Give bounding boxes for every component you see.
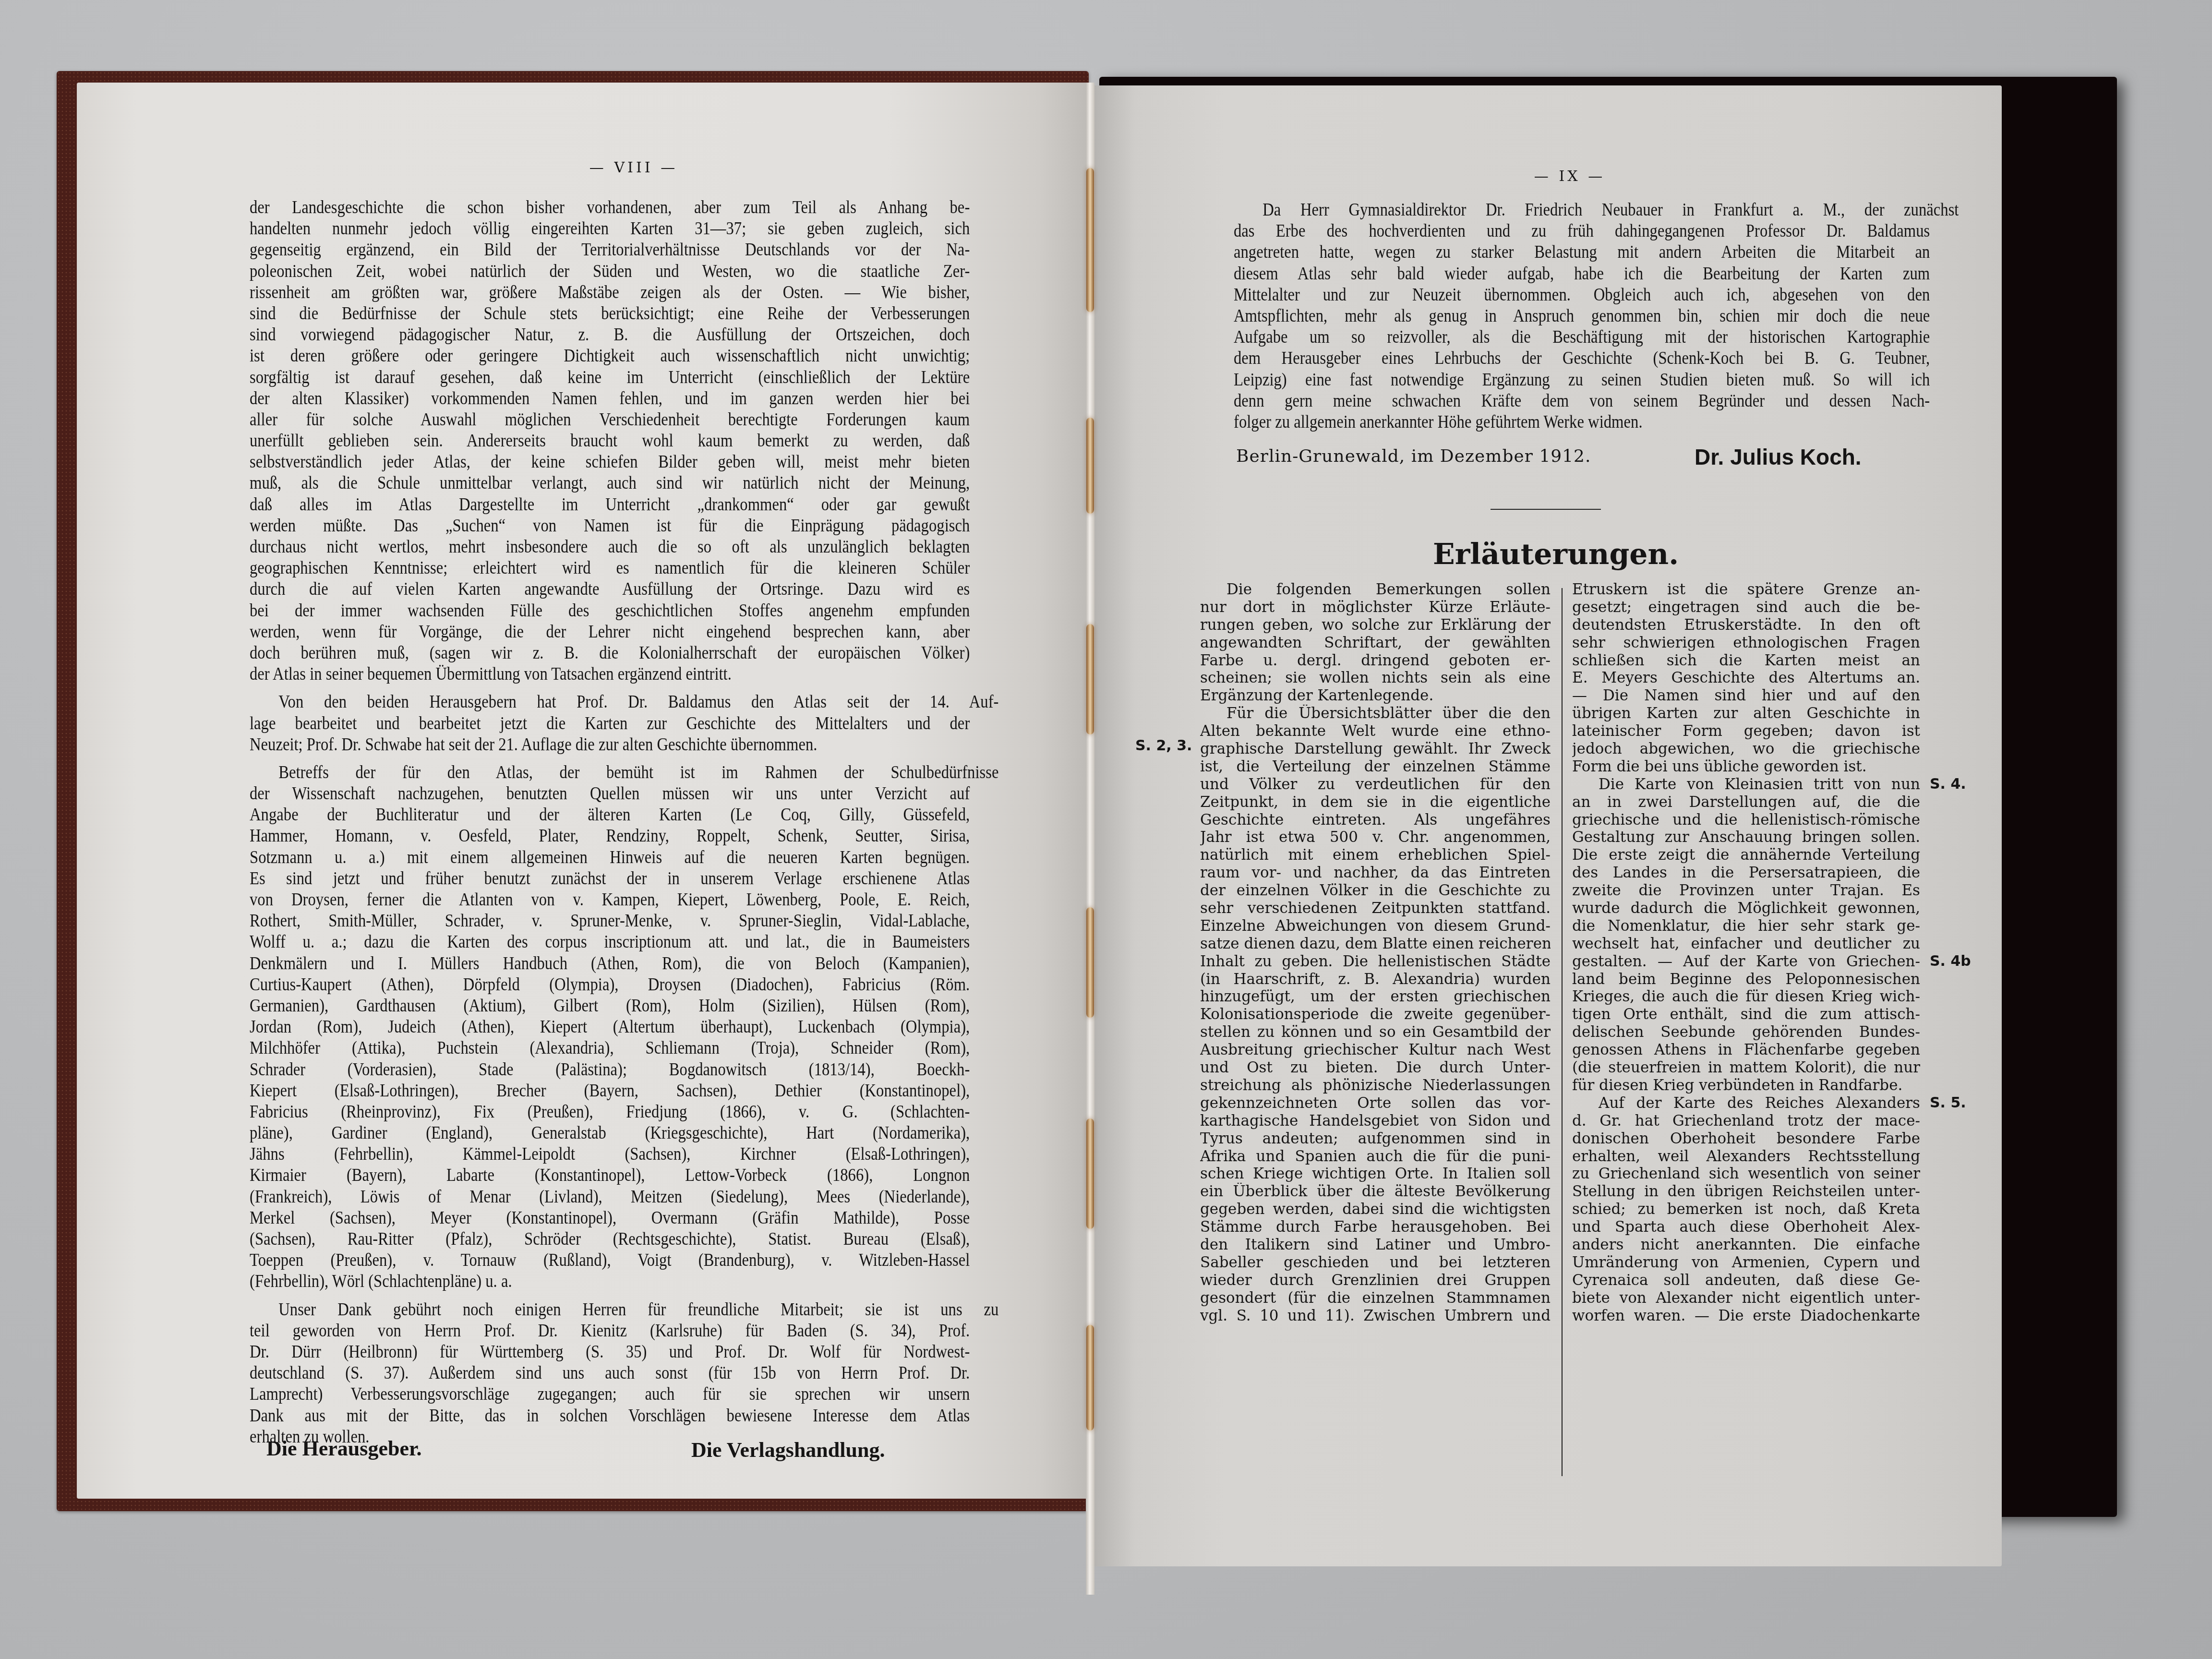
text-line: — Die Namen sind hier und auf den — [1572, 687, 1920, 705]
text-line: satze dienen dazu, dem Blatte einen reic… — [1200, 935, 1551, 953]
text-line: sind vorwiegend pädagogischer Natur, z. … — [250, 324, 970, 345]
text-line: raum vor- und nachher, da das Eintreten — [1200, 864, 1551, 882]
text-line: lateinischer Form gegeben; davon ist — [1572, 722, 1920, 740]
text-line: deutendsten Etruskerstädte. In den oft — [1572, 616, 1920, 634]
text-line: teil geworden von Herrn Prof. Dr. Kienit… — [250, 1320, 970, 1341]
text-line: Die Karte von Kleinasien tritt von nun — [1572, 776, 1920, 793]
page-number-right: — IX — — [1498, 168, 1642, 185]
text-line: scheinen; sie wollen nichts sein als ein… — [1200, 669, 1551, 687]
text-line: pläne), Gardiner (England), Generalstab … — [250, 1122, 970, 1143]
text-line: vgl. S. 10 und 11). Zwischen Umbrern und — [1200, 1307, 1551, 1325]
text-line: delischen Seebunde gehörenden Bundes- — [1572, 1023, 1920, 1041]
text-line: zweite die Provinzen unter Trajan. Es — [1572, 882, 1920, 900]
text-line: Schrader (Vorderasien), Stade (Palästina… — [250, 1059, 970, 1080]
text-line: Jordan (Rom), Judeich (Athen), Kiepert (… — [250, 1016, 970, 1037]
text-line: gekennzeichneten Orte sollen das vor- — [1200, 1094, 1551, 1112]
text-line: geographischen Kenntnisse; erleichtert w… — [250, 557, 970, 578]
text-line: Hammer, Homann, v. Oesfeld, Plater, Rend… — [250, 825, 970, 846]
text-line: (Frankreich), Löwis of Menar (Livland), … — [250, 1186, 970, 1207]
margin-note-page-ref: S. 4b — [1930, 953, 1971, 970]
text-line: (in Haarschrift, z. B. Alexandria) wurde… — [1200, 971, 1551, 988]
binding-stitch-icon — [1086, 1325, 1094, 1431]
text-line: Umränderung von Armenien, Cypern und — [1572, 1254, 1920, 1272]
text-line: angewandten Schriftart, der gewählten — [1200, 634, 1551, 652]
text-line: wechselt hat, einfacher und deutlicher z… — [1572, 935, 1920, 953]
text-line: jedoch abgewichen, wo die griechische — [1572, 740, 1920, 758]
text-line: sind die Bedürfnisse der Schule stets be… — [250, 303, 970, 324]
text-line: Ergänzung der Kartenlegende. — [1200, 687, 1551, 705]
text-line: und Völker zu verdeutlichen für den — [1200, 776, 1551, 793]
text-line: ist deren größere oder geringere Dichtig… — [250, 345, 970, 366]
text-line: sehr schwierigen ethnologischen Fragen — [1572, 634, 1920, 652]
text-line: deutschland (S. 37). Außerdem sind uns a… — [250, 1362, 970, 1383]
text-line: donischen Oberhoheit besondere Farbe — [1572, 1130, 1920, 1148]
text-line: werden, wenn für Vorgänge, die der Lehre… — [250, 621, 970, 642]
text-line: Kolonisationsperiode die zweite gegenübe… — [1200, 1006, 1551, 1023]
text-line: gegenseitig ergänzend, ein Bild der Terr… — [250, 239, 970, 260]
paragraph: der Landesgeschichte die schon bisher vo… — [250, 197, 970, 685]
text-line: d. Gr. hat Griechenland trotz der mace- — [1572, 1112, 1920, 1130]
text-line: handelten nunmehr jedoch völlig eingerei… — [250, 218, 970, 239]
text-line: für diesen Krieg verbündeten in Randfarb… — [1572, 1077, 1920, 1094]
text-line: hinzugefügt, um der ersten griechischen — [1200, 988, 1551, 1006]
signature-editors: Die Herausgeber. — [266, 1436, 421, 1461]
binding-stitch-icon — [1086, 418, 1094, 514]
text-line: Da Herr Gymnasialdirektor Dr. Friedrich … — [1234, 199, 1959, 220]
text-line: Krieges, die auch die für diesen Krieg w… — [1572, 988, 1920, 1006]
text-line: und Sparta auch diese Oberhoheit Alex- — [1572, 1218, 1920, 1236]
text-line: Lamprecht) Verbesserungsvorschläge zugeg… — [250, 1383, 970, 1405]
text-line: E. Meyers Geschichte des Altertums an. — [1572, 669, 1920, 687]
text-line: Es sind jetzt und früher benutzt zunächs… — [250, 868, 970, 889]
text-line: Mittelalter und zur Neuzeit übernommen. … — [1234, 284, 1930, 305]
text-line: Angabe der Buchliteratur und der älteren… — [250, 804, 970, 825]
text-line: (Fehrbellin), Wörl (Schlachtenpläne) u. … — [250, 1271, 970, 1292]
text-line: streichung als phönizische Niederlassung… — [1200, 1077, 1551, 1094]
text-line: durchaus nicht wertlos, mehrt insbesonde… — [250, 536, 970, 557]
text-line: Aufgabe um so reizvoller, als die Beschä… — [1234, 326, 1930, 348]
text-line: anders nicht anerkannten. Die einfache — [1572, 1236, 1920, 1254]
text-line: gesondert (für die einzelnen Stammnamen — [1200, 1289, 1551, 1307]
text-line: aller für solche Auswahl möglichen Versc… — [250, 409, 970, 430]
text-line: gestalten. — Auf der Karte von Griechen- — [1572, 953, 1920, 971]
text-line: das Erbe des hochverdienten und zu früh … — [1234, 220, 1930, 241]
text-line: (Sachsen), Rau-Ritter (Pfalz), Schröder … — [250, 1228, 970, 1250]
text-line: Dank aus mit der Bitte, das in solchen V… — [250, 1405, 970, 1426]
text-line: schließen sich die Karten meist an — [1572, 652, 1920, 670]
text-line: Form die bei uns übliche geworden ist. — [1572, 758, 1920, 776]
text-line: Zeitpunkt, in dem sie in die eigentliche — [1200, 793, 1551, 811]
text-line: nur dort in möglichster Kürze Erläute- — [1200, 599, 1551, 616]
text-line: Jähns (Fehrbellin), Kämmel-Leipoldt (Sac… — [250, 1143, 970, 1165]
text-line: Fabricius (Rheinprovinz), Fix (Preußen),… — [250, 1101, 970, 1122]
text-line: Betreffs der für den Atlas, der bemüht i… — [250, 762, 998, 783]
text-line: denn gern meine schwachen Kräfte dem von… — [1234, 390, 1930, 411]
text-line: poleonischen Zeit, wobei natürlich der S… — [250, 261, 970, 282]
text-line: Sabeller geschieden und bei letzteren — [1200, 1254, 1551, 1272]
text-line: Tyrus andeuten; aufgenommen sind in — [1200, 1130, 1551, 1148]
text-line: schen Kriege wichtigen Orte. In Italien … — [1200, 1165, 1551, 1183]
text-line: rissenheit am größten war, größere Maßst… — [250, 282, 970, 303]
text-line: ist, die Verteilung der einzelnen Stämme — [1200, 758, 1551, 776]
text-line: lage bearbeitet und bearbeitet jetzt die… — [250, 713, 970, 734]
paragraph: Von den beiden Herausgebern hat Prof. Dr… — [250, 691, 970, 755]
text-line: dem Herausgeber eines Lehrbuchs der Gesc… — [1234, 348, 1930, 369]
text-line: Die folgenden Bemerkungen sollen — [1200, 581, 1551, 599]
text-line: Milchhöfer (Attika), Puchstein (Alexandr… — [250, 1037, 970, 1058]
text-line: rungen geben, wo solche zur Erklärung de… — [1200, 616, 1551, 634]
text-line: Sotzmann u. a.) mit einem allgemeinen Hi… — [250, 847, 970, 868]
column-right: Etruskern ist die spätere Grenze an-gese… — [1572, 581, 1920, 1324]
text-line: Kirmaier (Bayern), Labarte (Konstantinop… — [250, 1165, 970, 1186]
text-line: Neuzeit; Prof. Dr. Schwabe hat seit der … — [250, 734, 970, 755]
margin-note-page-ref: S. 5. — [1930, 1094, 1966, 1111]
text-line: Afrika und Spanien auch die für die puni… — [1200, 1148, 1551, 1166]
text-line: die Nomenklatur, die hier sehr stark ge- — [1572, 917, 1920, 935]
text-line: sorgfältig ist darauf gesehen, daß keine… — [250, 367, 970, 388]
text-line: Jahr ist etwa 500 v. Chr. angenommen, — [1200, 829, 1551, 846]
section-divider — [1491, 509, 1601, 510]
binding-stitch-icon — [1086, 168, 1094, 312]
text-line: wurde dadurch die Möglichkeit gewonnen, — [1572, 900, 1920, 917]
text-line: bei der immer wachsenden Fülle des gesch… — [250, 600, 970, 621]
text-line: diesem Atlas sehr bald wieder aufgab, ha… — [1234, 263, 1930, 284]
text-line: angetreten hatte, wegen zu starker Belas… — [1234, 241, 1930, 263]
text-line: Von den beiden Herausgebern hat Prof. Dr… — [250, 691, 998, 712]
binding-stitch-icon — [1086, 624, 1094, 734]
text-line: Geschichte eintreten. Als ungefähres — [1200, 811, 1551, 829]
column-left: Die folgenden Bemerkungen sollennur dort… — [1200, 581, 1551, 1324]
margin-note-page-ref: S. 4. — [1930, 776, 1966, 793]
text-line: Etruskern ist die spätere Grenze an- — [1572, 581, 1920, 599]
text-line: Toeppen (Preußen), v. Tornauw (Rußland),… — [250, 1250, 970, 1271]
signature-publisher: Die Verlagshandlung. — [691, 1438, 885, 1462]
text-line: tigen Orte enthält, sind die zum attisch… — [1572, 1006, 1920, 1023]
text-line: biete von Alexander nicht eigentlich unt… — [1572, 1289, 1920, 1307]
text-line: natürlich mit einem erheblichen Spiel- — [1200, 846, 1551, 864]
text-line: erhalten, weil Alexanders Rechtsstellung — [1572, 1148, 1920, 1166]
text-line: Farbe u. dergl. dringend geboten er- — [1200, 652, 1551, 670]
text-line: von Droysen, ferner die Atlanten von v. … — [250, 889, 970, 910]
text-line: der einzelnen Völker in die Geschichte z… — [1200, 882, 1551, 900]
text-line: Cyrenaica soll andeuten, daß diese Ge- — [1572, 1272, 1920, 1289]
text-line: genossen Athens in Flächenfarbe gegeben — [1572, 1041, 1920, 1059]
text-line: gegeben werden, dabei sind die wichtigst… — [1200, 1201, 1551, 1218]
text-line: Unser Dank gebührt noch einigen Herren f… — [250, 1299, 998, 1320]
text-line: der alten Klassiker) vorkommenden Namen … — [250, 388, 970, 409]
text-line: übrigen Karten zur alten Geschichte in — [1572, 705, 1920, 722]
text-line: Gestaltung zur Anschauung bringen sollen… — [1572, 829, 1920, 846]
text-line: griechische und die hellenistisch-römisc… — [1572, 811, 1920, 829]
text-line: Alten bekannte Welt wurde eine ethno- — [1200, 722, 1551, 740]
text-line: Ausbreitung griechischer Kultur nach Wes… — [1200, 1041, 1551, 1059]
text-line: sehr verschiedenen Zeitpunkten stattfand… — [1200, 900, 1551, 917]
text-line: karthagische Handelsgebiet von Sidon und — [1200, 1112, 1551, 1130]
text-line: stellen zu können und so ein Gesamtbild … — [1200, 1023, 1551, 1041]
text-line: land beim Beginne des Peloponnesischen — [1572, 971, 1920, 988]
text-line: wieder durch Grenzlinien drei Gruppen — [1200, 1272, 1551, 1289]
place-date: Berlin-Grunewald, im Dezember 1912. — [1236, 446, 1591, 466]
signature-author: Dr. Julius Koch. — [1695, 444, 1862, 470]
text-line: worfen waren. — Die erste Diadochenkarte — [1572, 1307, 1920, 1325]
preface-paragraph: Da Herr Gymnasialdirektor Dr. Friedrich … — [1234, 199, 1930, 433]
text-line: doch berühren muß, (sagen wir z. B. die … — [250, 642, 970, 663]
binding-stitch-icon — [1086, 1118, 1094, 1229]
text-line: Stämme durch Farbe herausgehoben. Bei — [1200, 1218, 1551, 1236]
text-line: Denkmälern und I. Müllers Handbuch (Athe… — [250, 953, 970, 974]
text-line: Für die Übersichtsblätter über die den — [1200, 705, 1551, 722]
page-number-left: — VIII — — [562, 159, 706, 176]
text-line: Dr. Dürr (Heilbronn) für Württemberg (S.… — [250, 1341, 970, 1362]
text-line: Curtius-Kaupert (Athen), Dörpfeld (Olymp… — [250, 974, 970, 995]
text-line: der Landesgeschichte die schon bisher vo… — [250, 197, 970, 218]
text-line: der Atlas in seiner bequemen Übermittlun… — [250, 663, 970, 685]
text-line: Einzelne Abweichungen von diesem Grund- — [1200, 917, 1551, 935]
text-line: daß alles im Atlas Dargestellte im Unter… — [250, 494, 970, 515]
text-line: gesetzt; eingetragen sind auch die be- — [1572, 599, 1920, 616]
text-line: folger zu allgemein anerkannter Höhe gef… — [1234, 411, 1930, 433]
text-line: Stellung in den übrigen Reichsteilen unt… — [1572, 1183, 1920, 1201]
text-line: unerfüllt geblieben sein. Andererseits b… — [250, 430, 970, 451]
binding-stitch-icon — [1086, 907, 1094, 1018]
text-line: Germanien), Gardthausen (Aktium), Gilber… — [250, 995, 970, 1016]
text-line: ein Überblick über die älteste Bevölkeru… — [1200, 1183, 1551, 1201]
paragraph: Unser Dank gebührt noch einigen Herren f… — [250, 1299, 970, 1447]
text-line: Kiepert (Elsaß-Lothringen), Brecher (Bay… — [250, 1080, 970, 1101]
text-line: Wolff u. a.; dazu die Karten des corpus … — [250, 931, 970, 952]
paragraph: Betreffs der für den Atlas, der bemüht i… — [250, 762, 970, 1292]
text-line: graphische Darstellung gewählt. Ihr Zwec… — [1200, 740, 1551, 758]
text-line: Rothert, Smith-Müller, Schrader, v. Spru… — [250, 910, 970, 931]
text-line: Amtspflichten, mehr als genug in Anspruc… — [1234, 305, 1930, 326]
left-page-body: der Landesgeschichte die schon bisher vo… — [250, 197, 970, 1447]
text-line: Leipzig) eine fast notwendige Ergänzung … — [1234, 369, 1930, 390]
column-rule — [1562, 588, 1563, 1476]
text-line: selbstverständlich jeder Atlas, der kein… — [250, 451, 970, 472]
text-line: der Wissenschaft nachzugehen, benutzten … — [250, 783, 970, 804]
text-line: an in zwei Darstellungen auf, die die — [1572, 793, 1920, 811]
text-line: Merkel (Sachsen), Meyer (Konstantinopel)… — [250, 1207, 970, 1228]
text-line: den Italikern sind Latiner und Umbro- — [1200, 1236, 1551, 1254]
text-line: muß, als die Schule unmittelbar verlangt… — [250, 472, 970, 493]
margin-note-page-ref: S. 2, 3. — [1135, 737, 1192, 754]
text-line: schied; zu bemerken ist noch, daß Kreta — [1572, 1201, 1920, 1218]
text-line: Auf der Karte des Reiches Alexanders — [1572, 1094, 1920, 1112]
text-line: (die steuerfreien in mattem Kolorit), di… — [1572, 1059, 1920, 1077]
text-line: und Ost zu bieten. Die durch Unter- — [1200, 1059, 1551, 1077]
text-line: Inhalt zu geben. Die hellenistischen Stä… — [1200, 953, 1551, 971]
text-line: Die erste zeigt die annähernde Verteilun… — [1572, 846, 1920, 864]
text-line: durch die auf vielen Karten angewandte A… — [250, 578, 970, 600]
text-line: werden müßte. Das „Suchen“ von Namen ist… — [250, 515, 970, 536]
section-title: Erläuterungen. — [1433, 538, 1679, 571]
text-line: zu Griechenland sich wesentlich von sein… — [1572, 1165, 1920, 1183]
text-line: des Landes in die Persersatrapieen, die — [1572, 864, 1920, 882]
